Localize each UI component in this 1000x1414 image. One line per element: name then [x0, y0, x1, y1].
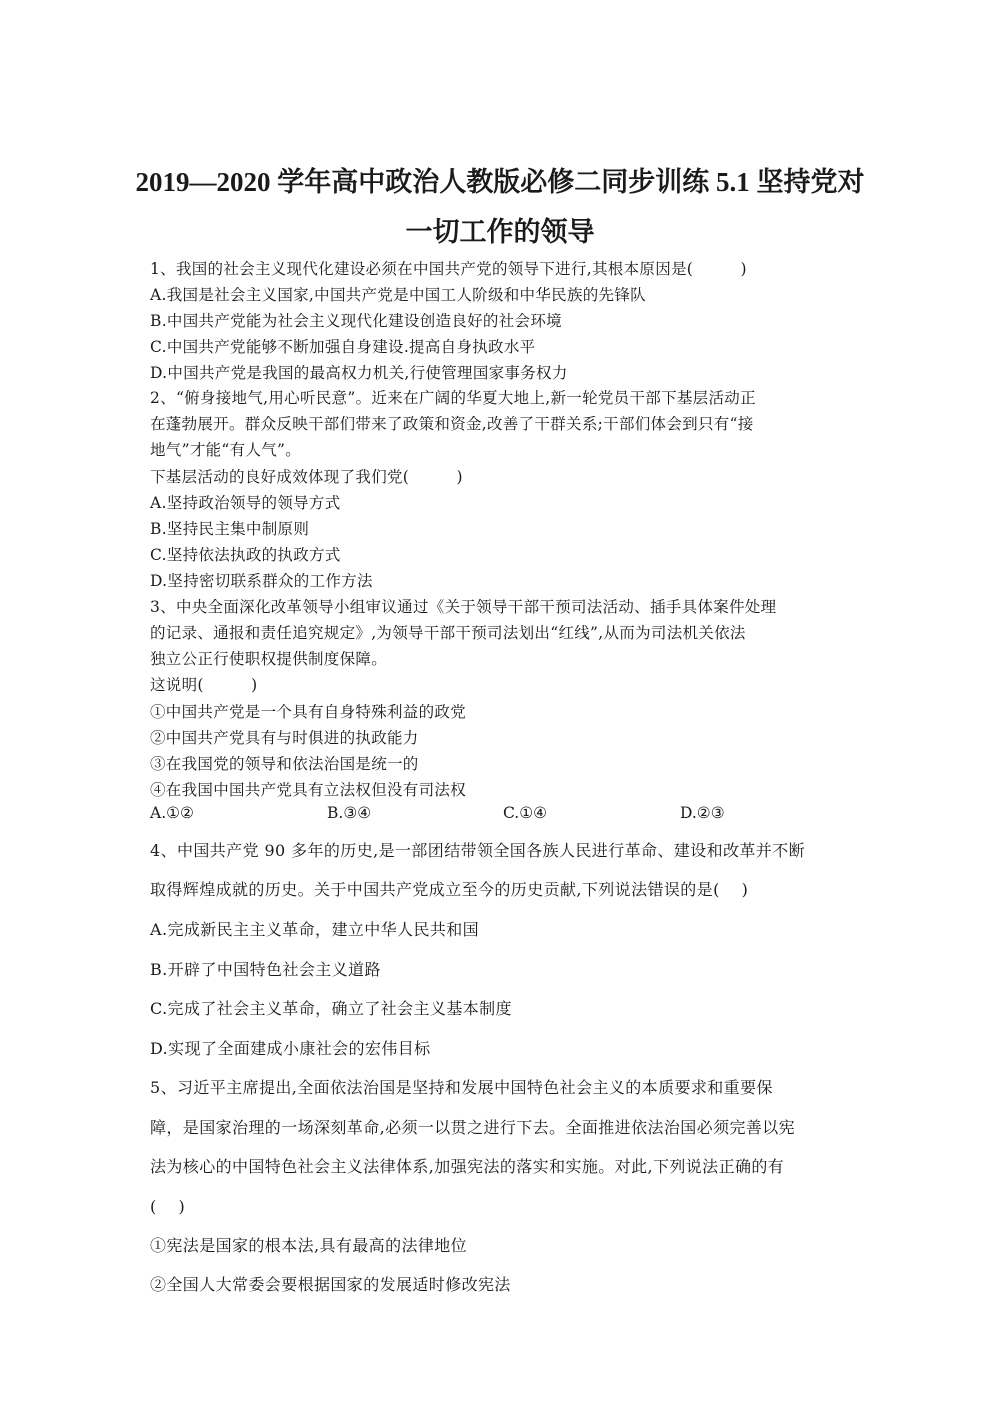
question-5-answer-blank: ( ) — [150, 1194, 185, 1217]
question-1-option-c: C.中国共产党能够不断加强自身建设.提高自身执政水平 — [150, 335, 535, 357]
question-2-prompt: 下基层活动的良好成效体现了我们党( ) — [150, 465, 463, 487]
question-3-statement-4: ④在我国中国共产党具有立法权但没有司法权 — [150, 778, 466, 800]
question-2-option-a: A.坚持政治领导的领导方式 — [150, 491, 341, 513]
question-5-stem-line: 法为核心的中国特色社会主义法律体系,加强宪法的落实和实施。对此,下列说法正确的有 — [150, 1154, 784, 1177]
question-4-stem-line: 4、中国共产党 90 多年的历史,是一部团结带领全国各族人民进行革命、建设和改革… — [150, 838, 805, 861]
question-4-stem-line: 取得辉煌成就的历史。关于中国共产党成立至今的历史贡献,下列说法错误的是( ) — [150, 877, 748, 900]
question-4-option-a: A.完成新民主主义革命，建立中华人民共和国 — [150, 917, 479, 940]
question-1-stem: 1、我国的社会主义现代化建设必须在中国共产党的领导下进行,其根本原因是( ) — [150, 257, 747, 279]
question-1-option-a: A.我国是社会主义国家,中国共产党是中国工人阶级和中华民族的先锋队 — [150, 283, 646, 305]
question-3-stem-line: 3、中央全面深化改革领导小组审议通过《关于领导干部干预司法活动、插手具体案件处理 — [150, 595, 776, 617]
question-2-stem-line: 2、“俯身接地气,用心听民意”。近来在广阔的华夏大地上,新一轮党员干部下基层活动… — [150, 386, 756, 408]
question-5-statement-2: ②全国人大常委会要根据国家的发展适时修改宪法 — [150, 1272, 511, 1295]
document-title-line2: 一切工作的领导 — [0, 210, 1000, 249]
question-5-stem-line: 5、习近平主席提出,全面依法治国是坚持和发展中国特色社会主义的本质要求和重要保 — [150, 1075, 773, 1098]
question-3-option-b: B.③④ — [327, 804, 371, 822]
question-4-option-c: C.完成了社会主义革命，确立了社会主义基本制度 — [150, 996, 512, 1019]
question-2-stem-line: 在蓬勃展开。群众反映干部们带来了政策和资金,改善了干群关系;干部们体会到只有“接 — [150, 412, 754, 434]
question-1-option-d: D.中国共产党是我国的最高权力机关,行使管理国家事务权力 — [150, 361, 568, 383]
question-3-option-d: D.②③ — [680, 804, 725, 822]
question-4-option-b: B.开辟了中国特色社会主义道路 — [150, 957, 381, 980]
question-3-stem-line: 的记录、通报和责任追究规定》,为领导干部干预司法划出“红线”,从而为司法机关依法 — [150, 621, 746, 643]
question-3-prompt: 这说明( ) — [150, 673, 258, 695]
question-3-option-a: A.①② — [150, 804, 194, 822]
question-3-statement-3: ③在我国党的领导和依法治国是统一的 — [150, 752, 419, 774]
question-4-option-d: D.实现了全面建成小康社会的宏伟目标 — [150, 1036, 431, 1059]
question-1-option-b: B.中国共产党能为社会主义现代化建设创造良好的社会环境 — [150, 309, 562, 331]
question-2-option-c: C.坚持依法执政的执政方式 — [150, 543, 341, 565]
question-2-stem-line: 地气”才能“有人气”。 — [150, 438, 301, 460]
question-3-stem-line: 独立公正行使职权提供制度保障。 — [150, 647, 387, 669]
question-3-option-c: C.①④ — [503, 804, 547, 822]
question-5-stem-line: 障，是国家治理的一场深刻革命,必须一以贯之进行下去。全面推进依法治国必须完善以宪 — [150, 1115, 795, 1138]
question-5-statement-1: ①宪法是国家的根本法,具有最高的法律地位 — [150, 1233, 467, 1256]
question-2-option-b: B.坚持民主集中制原则 — [150, 517, 309, 539]
document-title-line1: 2019—2020 学年高中政治人教版必修二同步训练 5.1 坚持党对 — [0, 160, 1000, 199]
question-3-statement-2: ②中国共产党具有与时俱进的执政能力 — [150, 726, 419, 748]
question-2-option-d: D.坚持密切联系群众的工作方法 — [150, 569, 373, 591]
question-3-statement-1: ①中国共产党是一个具有自身特殊利益的政党 — [150, 700, 466, 722]
